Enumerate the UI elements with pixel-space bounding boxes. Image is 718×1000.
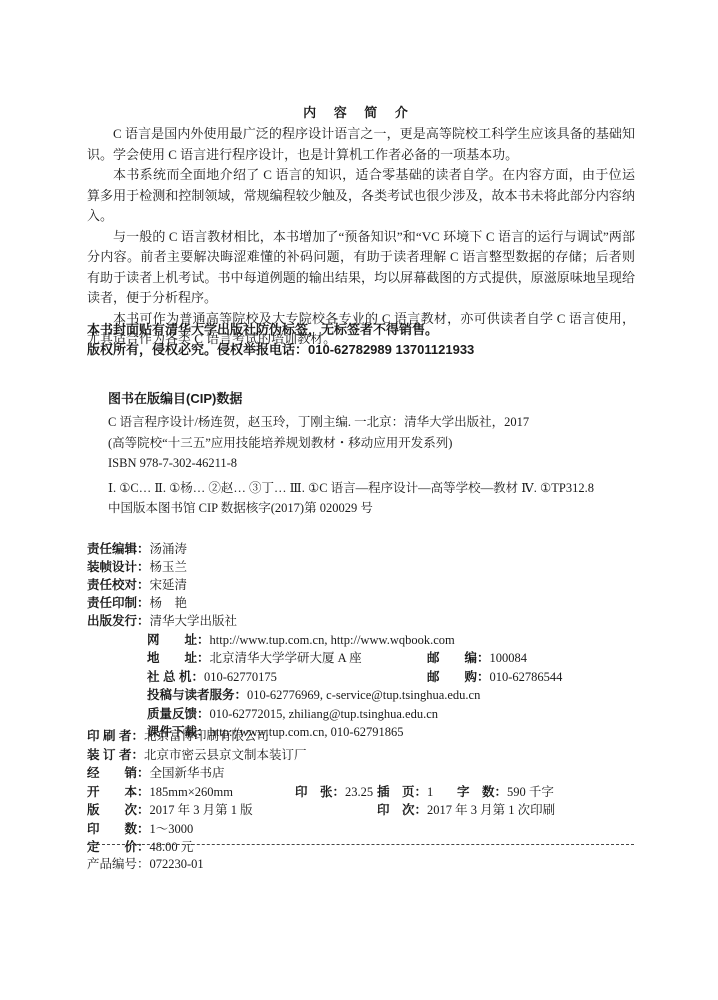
publisher-label: 出版发行： [87,614,150,628]
cip-data: C 语言程序设计/杨连贺，赵玉玲，丁刚主编. 一北京：清华大学出版社，2017 … [108,412,594,519]
product-code: 产品编号：072230-01 [87,854,204,872]
mail-order-label: 邮 购： [427,670,490,684]
print-run-value: 1～3000 [150,822,194,836]
credit-label: 责任编辑： [87,542,150,556]
print-run-row: 印 数：1～3000 [87,820,647,839]
edition-value: 2017 年 3 月第 1 版 [150,803,253,817]
intro-title: 内 容 简 介 [0,102,718,121]
edition-row: 版 次：2017 年 3 月第 1 版 印 次：2017 年 3 月第 1 次印… [87,801,647,820]
format-value: 185mm×260mm [150,785,233,799]
inserts-value: 1 [427,785,433,799]
inserts-label: 插 页： [377,785,427,799]
credit-value: 杨玉兰 [150,560,188,574]
format-label: 开 本： [87,785,150,799]
format-row: 开 本：185mm×260mm 印 张：23.25 插 页：1 字 数：590 … [87,783,647,802]
distributor-row: 经 销：全国新华书店 [87,764,647,783]
production-info: 印 刷 者：北京富博印刷有限公司 装 订 者：北京市密云县京文制本装订厂 经 销… [87,727,647,857]
cip-line-series: (高等院校“十三五”应用技能培养规划教材・移动应用开发系列) [108,433,594,454]
price-label: 定 价： [87,840,150,854]
credit-row: 责任编辑：汤涌涛 [87,540,187,558]
credit-row: 装帧设计：杨玉兰 [87,558,187,576]
quality-value: 010-62772015, zhiliang@tup.tsinghua.edu.… [210,707,439,721]
printer-row: 印 刷 者：北京富博印刷有限公司 [87,727,647,746]
credits: 责任编辑：汤涌涛 装帧设计：杨玉兰 责任校对：宋延清 责任印制：杨 艳 [87,540,187,612]
words-value: 590 千字 [507,785,554,799]
mail-order-value: 010-62786544 [490,670,563,684]
copyright-notice: 本书封面贴有清华大学出版社防伪标签，无标签者不得销售。 版权所有，侵权必究。侵权… [87,320,474,360]
address-label: 地 址： [147,651,210,665]
binder-value: 北京市密云县京文制本装订厂 [144,748,307,762]
website-row: 网 址：http://www.tup.com.cn, http://www.wq… [87,631,647,650]
product-code-value: 072230-01 [150,857,204,871]
publisher-name: 清华大学出版社 [150,614,238,628]
sheets-label: 印 张： [295,785,345,799]
price-value: 48.00 元 [150,840,194,854]
anti-counterfeit-notice: 本书封面贴有清华大学出版社防伪标签，无标签者不得销售。 [87,320,474,340]
credit-row: 责任校对：宋延清 [87,576,187,594]
quality-label: 质量反馈： [147,707,210,721]
quality-row: 质量反馈：010-62772015, zhiliang@tup.tsinghua… [87,705,647,724]
printer-label: 印 刷 者： [87,729,144,743]
reader-service-row: 投稿与读者服务：010-62776969, c-service@tup.tsin… [87,686,647,705]
edition-label: 版 次： [87,803,150,817]
address-row: 地 址：北京清华大学学研大厦 A 座 邮 编：100084 [87,649,647,668]
intro-paragraph: C 语言是国内外使用最广泛的程序设计语言之一，更是高等院校工科学生应该具备的基础… [87,124,635,165]
distributor-label: 经 销： [87,766,150,780]
switchboard-value: 010-62770175 [204,670,277,684]
intro-paragraph: 与一般的 C 语言教材相比，本书增加了“预备知识”和“VC 环境下 C 语言的运… [87,227,635,309]
intro-paragraph: 本书系统而全面地介绍了 C 语言的知识，适合零基础的读者自学。在内容方面，由于位… [87,165,635,227]
piracy-report-notice: 版权所有，侵权必究。侵权举报电话：010-62782989 1370112193… [87,340,474,360]
credit-value: 杨 艳 [150,596,188,610]
intro-body: C 语言是国内外使用最广泛的程序设计语言之一，更是高等院校工科学生应该具备的基础… [87,124,635,350]
switchboard-row: 社 总 机：010-62770175 邮 购：010-62786544 [87,668,647,687]
website-value: http://www.tup.com.cn, http://www.wqbook… [210,633,455,647]
cip-line-classification: Ⅰ. ①C… Ⅱ. ①杨… ②赵… ③丁… Ⅲ. ①C 语言—程序设计—高等学校… [108,478,594,499]
distributor-value: 全国新华书店 [150,766,225,780]
printer-value: 北京富博印刷有限公司 [144,729,269,743]
cip-line-isbn: ISBN 978-7-302-46211-8 [108,453,594,474]
publisher-info: 出版发行：清华大学出版社 网 址：http://www.tup.com.cn, … [87,612,647,742]
credit-label: 责任校对： [87,578,150,592]
sheets-value: 23.25 [345,785,373,799]
cip-line-record: 中国版本图书馆 CIP 数据核字(2017)第 020029 号 [108,498,594,519]
dashed-divider [87,844,634,845]
binder-row: 装 订 者：北京市密云县京文制本装订厂 [87,746,647,765]
switchboard-label: 社 总 机： [147,670,204,684]
credit-value: 宋延清 [150,578,188,592]
cip-title: 图书在版编目(CIP)数据 [108,388,242,407]
credit-row: 责任印制：杨 艳 [87,594,187,612]
words-label: 字 数： [457,785,507,799]
publisher-row: 出版发行：清华大学出版社 [87,612,647,631]
postcode-value: 100084 [490,651,528,665]
reader-service-label: 投稿与读者服务： [147,688,247,702]
print-run-label: 印 数： [87,822,150,836]
credit-label: 装帧设计： [87,560,150,574]
credit-label: 责任印制： [87,596,150,610]
address-value: 北京清华大学学研大厦 A 座 [210,651,362,665]
product-code-label: 产品编号： [87,857,150,871]
postcode-label: 邮 编： [427,651,490,665]
printing-value: 2017 年 3 月第 1 次印刷 [427,803,555,817]
credit-value: 汤涌涛 [150,542,188,556]
cip-line-title: C 语言程序设计/杨连贺，赵玉玲，丁刚主编. 一北京：清华大学出版社，2017 [108,412,594,433]
printing-label: 印 次： [377,803,427,817]
website-label: 网 址： [147,633,210,647]
reader-service-value: 010-62776969, c-service@tup.tsinghua.edu… [247,688,480,702]
binder-label: 装 订 者： [87,748,144,762]
